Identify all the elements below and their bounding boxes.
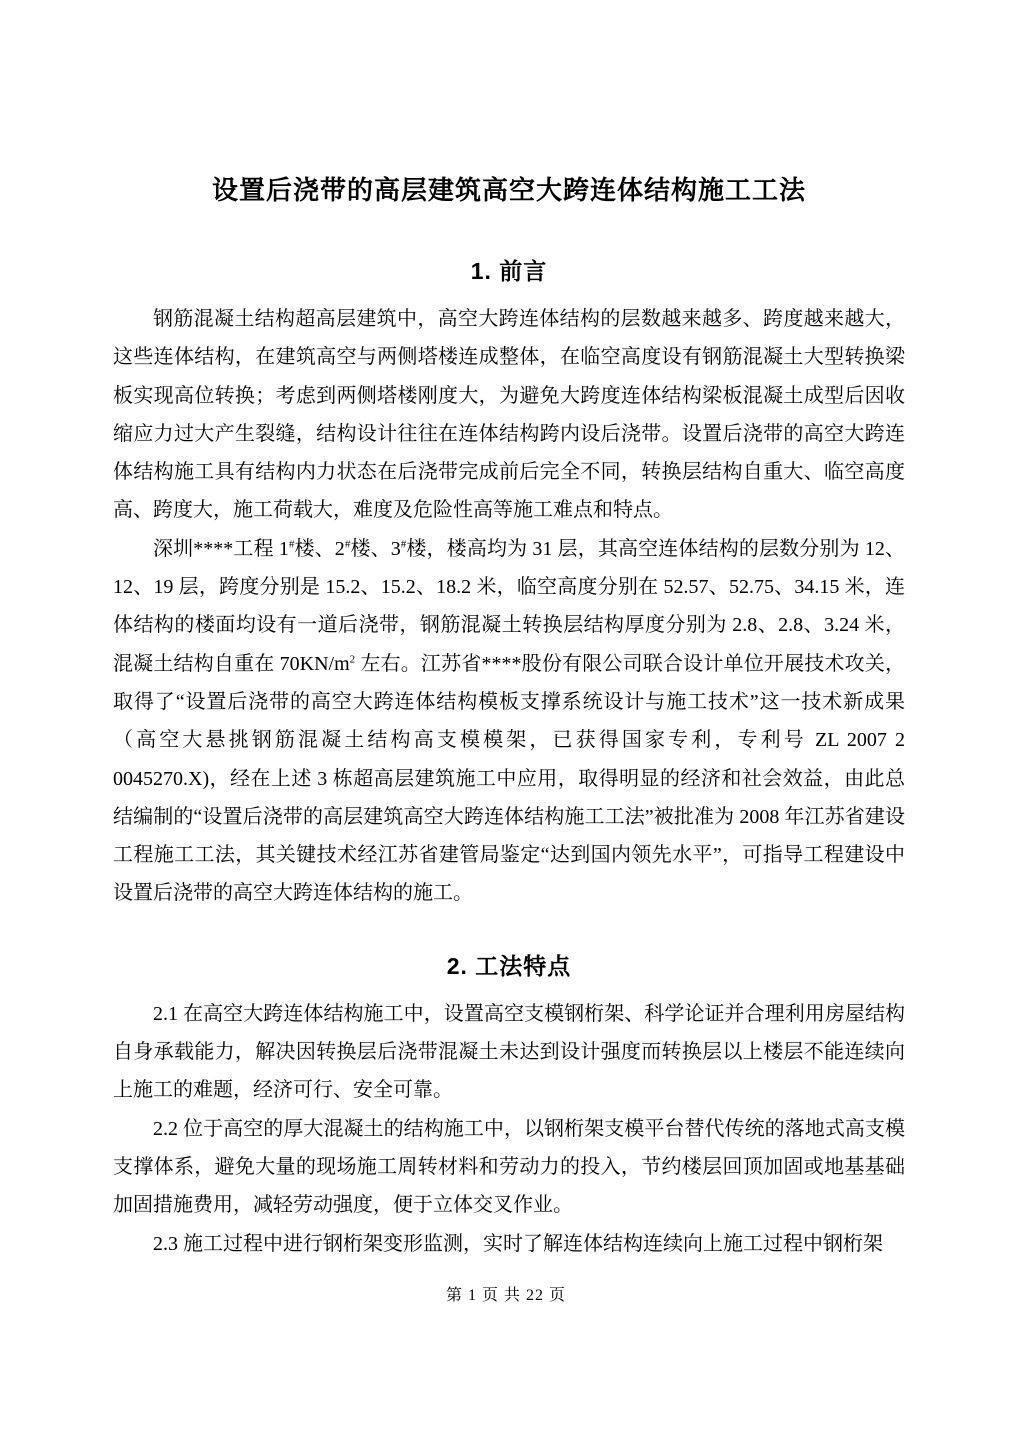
section-1-paragraph-2: 深圳****工程 1#楼、2#楼、3#楼，楼高均为 31 层，其高空连体结构的层…	[113, 530, 905, 913]
section-1-paragraph-1: 钢筋混凝土结构超高层建筑中，高空大跨连体结构的层数越来越多、跨度越来越大，这些连…	[113, 300, 905, 530]
section-1-heading: 1. 前言	[113, 256, 905, 286]
section-2-paragraph-1: 2.1 在高空大跨连体结构施工中，设置高空支模钢桁架、科学论证并合理利用房屋结构…	[113, 995, 905, 1110]
paragraph-text-segment: 楼、2	[294, 538, 344, 560]
paragraph-text-segment: 深圳****工程 1	[153, 538, 289, 560]
section-2-paragraph-3: 2.3 施工过程中进行钢桁架变形监测，实时了解连体结构连续向上施工过程中钢桁架	[113, 1225, 905, 1263]
section-2-paragraph-2: 2.2 位于高空的厚大混凝土的结构施工中，以钢桁架支模平台替代传统的落地式高支模…	[113, 1110, 905, 1225]
paragraph-text-segment: 左右。江苏省****股份有限公司联合设计单位开展技术攻关，取得了“设置后浇带的高…	[113, 653, 905, 905]
document-title: 设置后浇带的高层建筑高空大跨连体结构施工工法	[113, 170, 905, 210]
paragraph-text-segment: 楼、3	[350, 538, 400, 560]
section-2-heading: 2. 工法特点	[113, 951, 905, 981]
page-number-footer: 第 1 页 共 22 页	[0, 1282, 1012, 1305]
document-page: 设置后浇带的高层建筑高空大跨连体结构施工工法 1. 前言 钢筋混凝土结构超高层建…	[0, 0, 1012, 1431]
